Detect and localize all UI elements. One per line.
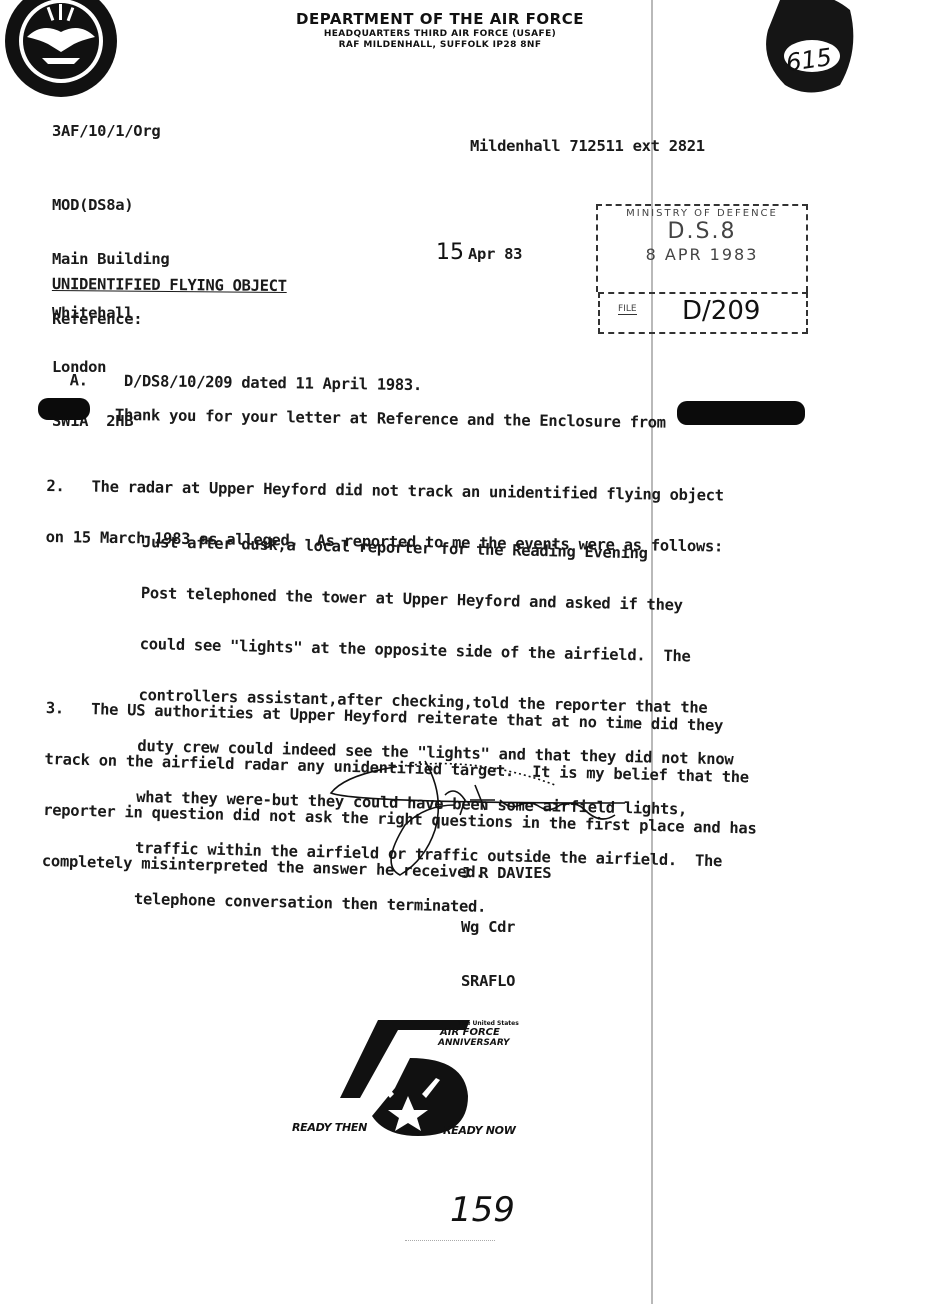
anniversary-small-text: The United States (458, 1020, 519, 1027)
dod-seal-icon (2, 0, 120, 100)
recipient-line: MOD(DS8a) (52, 196, 169, 214)
reference-code: 3AF/10/1/Org (52, 122, 160, 140)
account-line: could see "lights" at the opposite side … (140, 636, 736, 667)
letterhead: DEPARTMENT OF THE AIR FORCE HEADQUARTERS… (285, 10, 595, 51)
date-handwritten-day: 15 (436, 240, 464, 265)
paragraph-number: 3. (46, 699, 65, 717)
anniversary-sub-text: ANNIVERSARY (438, 1038, 510, 1048)
stamp-ministry: MINISTRY OF DEFENCE (598, 208, 806, 219)
letterhead-address: RAF MILDENHALL, SUFFOLK IP28 8NF (285, 40, 595, 51)
account-line: Post telephoned the tower at Upper Heyfo… (141, 585, 737, 616)
anniversary-logo: The United States AIR FORCE ANNIVERSARY … (290, 1018, 530, 1148)
stamp-date: 8 APR 1983 (598, 245, 806, 264)
slogan-left: READY THEN (292, 1121, 367, 1134)
letterhead-subtitle: HEADQUARTERS THIRD AIR FORCE (USAFE) (285, 29, 595, 40)
paragraph-number: 2. (46, 477, 64, 495)
letter-date: 15 Apr 83 (436, 240, 522, 265)
phone-number: Mildenhall 712511 ext 2821 (470, 137, 705, 155)
subject-line: UNIDENTIFIED FLYING OBJECT (52, 275, 287, 295)
slogan-right: READY NOW (443, 1124, 516, 1137)
letterhead-title: DEPARTMENT OF THE AIR FORCE (285, 10, 595, 29)
anniversary-main-text: AIR FORCE (440, 1027, 500, 1038)
recipient-line: Main Building (52, 250, 169, 268)
file-label: FILE (618, 304, 637, 315)
file-number: D/209 (682, 296, 760, 326)
signature-block: J R DAVIES Wg Cdr SRAFLO (461, 828, 551, 1008)
date-typed: Apr 83 (468, 245, 522, 263)
received-stamp: MINISTRY OF DEFENCE D.S.8 8 APR 1983 (596, 204, 808, 292)
redaction-bar (38, 398, 90, 420)
reference-heading: Reference: (52, 310, 142, 328)
signatory-name: J R DAVIES (461, 864, 551, 882)
signatory-rank: Wg Cdr (461, 918, 551, 936)
file-stamp: FILE D/209 (598, 292, 808, 334)
redaction-bar (677, 401, 805, 425)
faint-underline (405, 1240, 495, 1241)
signatory-title: SRAFLO (461, 972, 551, 990)
account-line: Just after dusk,a local reporter for the… (142, 534, 738, 565)
stamp-branch: D.S.8 (598, 219, 806, 245)
paragraph-line: Thank you for your letter at Reference a… (115, 406, 666, 432)
paragraph-line: 3. The US authorities at Upper Heyford r… (46, 700, 760, 736)
page-number: 159 (450, 1190, 515, 1230)
